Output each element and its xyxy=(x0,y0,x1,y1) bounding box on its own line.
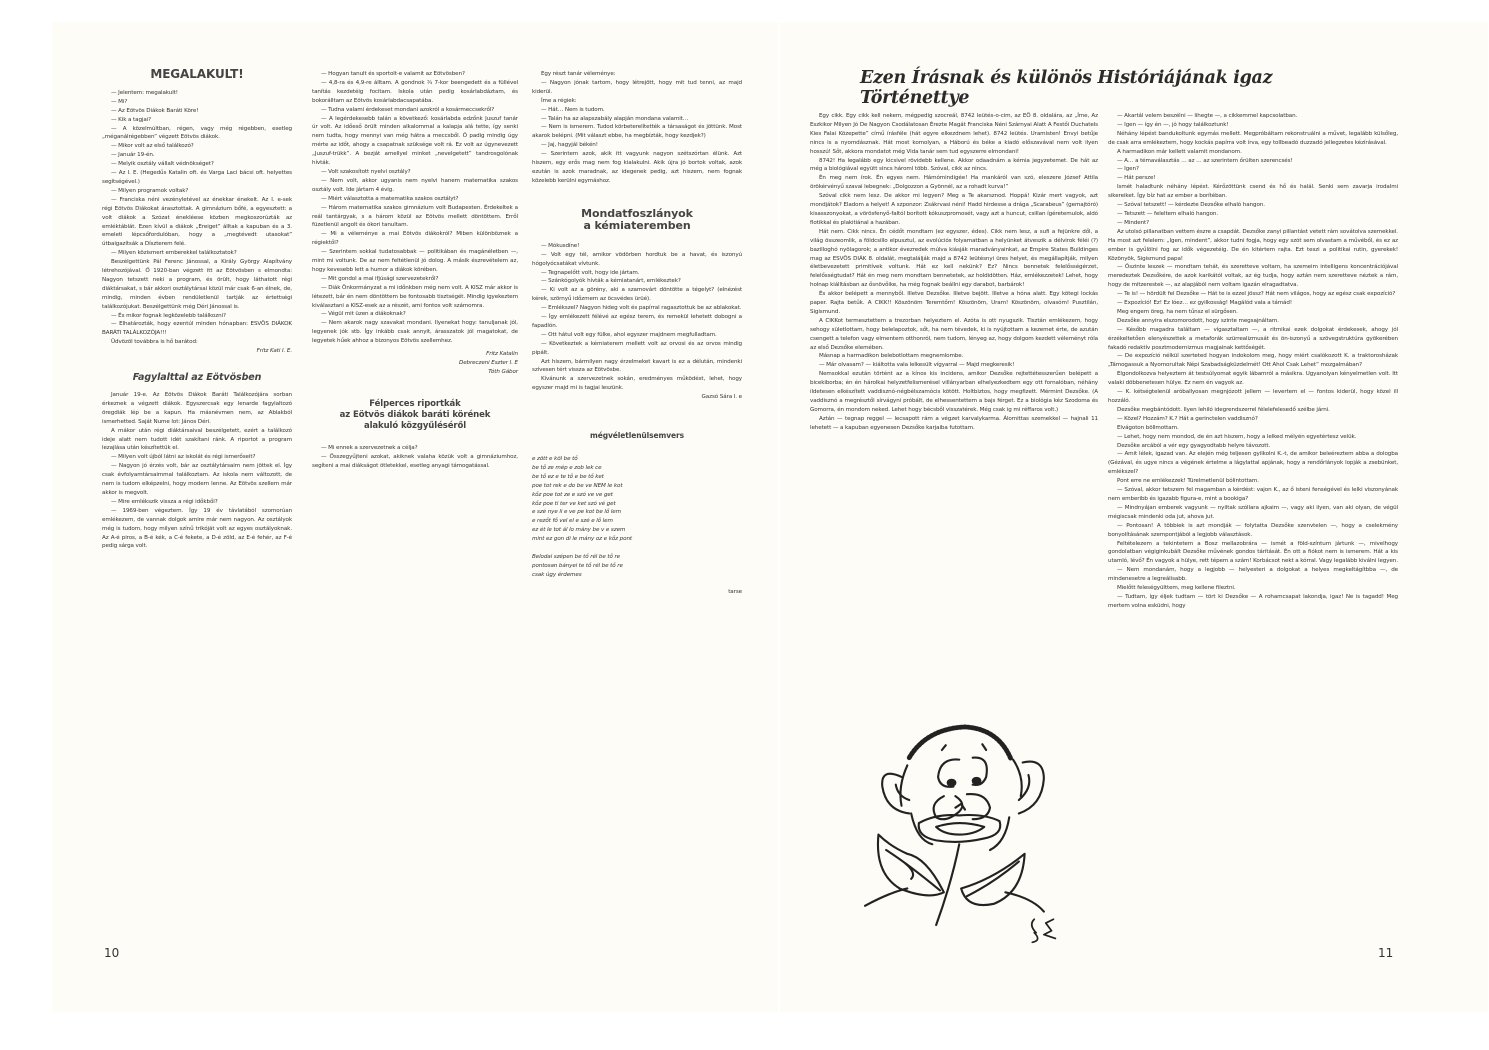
right-column-one: Egy cikk. Egy cikk kell nekem, mégpedig … xyxy=(810,112,1098,433)
paragraph: — Nem is ismerem. Tudod körbeterelítetté… xyxy=(532,123,742,141)
paragraph: — Nem akarok nagy szavakat mondani. Ilye… xyxy=(312,319,518,346)
paragraph: Kívánunk a szervezetnek sokán, eredménye… xyxy=(532,375,742,393)
paragraph: — Szóval tetszett! — kérdezte Dezsőke el… xyxy=(1108,201,1398,210)
paragraph: Nemsokkal ezután történt az a kínos kis … xyxy=(810,370,1098,415)
article-title: Fagylalttal az Eötvösben xyxy=(102,374,292,383)
paragraph: — Ott hátul volt egy fülke, ahol egyszer… xyxy=(532,331,742,340)
title-line: az Eötvös diákok baráti körének xyxy=(312,410,518,421)
paragraph: — Hát… Nem is tudom. xyxy=(532,106,742,115)
paragraph: És akkor belépett a mennyből. Illetve De… xyxy=(810,290,1098,317)
paragraph: pontosan bányei te tő rél be tő re xyxy=(532,562,742,571)
paragraph: — Milyen közismert emberekkel találkozta… xyxy=(102,249,292,258)
paragraph: Szóval cikk nem lesz. De akkor mi legyen… xyxy=(810,192,1098,228)
page-number-left: 10 xyxy=(104,946,119,960)
paragraph: A harmadikon már kellett valamit mondano… xyxy=(1108,148,1398,157)
paragraph: — Következtek a kémiaterem mellett volt … xyxy=(532,340,742,358)
article-title-right: Ezen Írásnak és különös Históriájának ig… xyxy=(860,68,1380,108)
paragraph: Belodai szépen be tő rél be tő re xyxy=(532,553,742,562)
paragraph: — Tudna valami érdekeset mondani azokról… xyxy=(312,106,518,115)
paragraph: — A… a témaválasztás … az … az szerintem… xyxy=(1108,157,1398,166)
paragraph: — Szerintem sokkal tudatosabbak — politi… xyxy=(312,248,518,275)
interview-column: — Hogyan tanult és sportolt-e valamit az… xyxy=(312,70,518,471)
page-number-right: 11 xyxy=(1378,946,1393,960)
paragraph: — Három matematika szakos gimnázium volt… xyxy=(312,204,518,231)
paragraph: Meg engem öreg, ha nem tűnsz el sürgősen… xyxy=(1108,308,1398,317)
paragraph: — Expozíció! Ez! Ez lóez… ez gyilkosság!… xyxy=(1108,299,1398,308)
cartoon-man-with-flower xyxy=(840,700,1090,950)
title-line: alakuló közgyűléséről xyxy=(312,421,518,432)
article-body: — Akartál velem beszélni — lihegte —, a … xyxy=(1108,112,1398,611)
paragraph: — Mit gondol a mai ifjúsági szervezetekr… xyxy=(312,275,518,284)
paragraph: kőz poe ti ter ve ket szó vé get xyxy=(532,500,742,509)
title-line: Félperces riportkák xyxy=(312,399,518,410)
paragraph: A mákor után régi diáktársaival beszélge… xyxy=(102,427,292,454)
paragraph: — Szerintem azok, akik itt vagyunk nagyo… xyxy=(532,150,742,186)
paragraph: — Emlékszel? Nagyon hideg volt és papírr… xyxy=(532,304,742,313)
paragraph: Ismét haladtunk néhány lépést. Kérőzöttü… xyxy=(1108,183,1398,201)
paragraph: — A közelmúltban, régen, vagy még régebb… xyxy=(102,125,292,143)
signature-line: Fritz Katalin xyxy=(312,350,518,359)
paragraph: — Franciska néni vezényletével az énekka… xyxy=(102,196,292,249)
paragraph: — Nem volt, akkor ugyanis nem nyelvi han… xyxy=(312,177,518,195)
paragraph: — Volt egy tél, amikor vödörben hordtuk … xyxy=(532,251,742,269)
paragraph: — Melyik osztály vállalt védnökséget? xyxy=(102,160,292,169)
paragraph: — Mi a véleménye a mai Eötvös diákokról?… xyxy=(312,230,518,248)
article-body: — Mi ennek a szervezetnek a célja?— Össz… xyxy=(312,444,518,471)
paragraph: poe tot rek e do be ve NEM le kot xyxy=(532,482,742,491)
paragraph: — Mókusdíne! xyxy=(532,242,742,251)
paragraph: kőz poe tot ze e szó ve ve get xyxy=(532,491,742,500)
signature-line: Tóth Gábor xyxy=(312,368,518,377)
article-body: Egy cikk. Egy cikk kell nekem, mégpedig … xyxy=(810,112,1098,433)
title-line: Mondatfoszlányok xyxy=(532,208,742,220)
paragraph: — Mi? xyxy=(102,98,292,107)
paragraph: — Mindent? xyxy=(1108,219,1398,228)
paragraph: — Nagyon jónak tartom, hogy létrejött, h… xyxy=(532,79,742,97)
article-megalakult: MEGALAKULT! — Jelentem: megalakult!— Mi?… xyxy=(102,70,292,551)
paragraph: — 1969-ben végeztem. Így 19 év távlatábó… xyxy=(102,507,292,552)
signature-line: Debreczeni Eszter I. E xyxy=(312,359,518,368)
paragraph: Pont erre ne emlékezzek! Türelmetlenül b… xyxy=(1108,477,1398,486)
paragraph: Azt hiszem, bármilyen nagy érzelmeket ka… xyxy=(532,358,742,376)
paragraph: — Tetszett — feleltem elhaló hangon. xyxy=(1108,210,1398,219)
paragraph: — De expozíció nélkül szerteted hogyan i… xyxy=(1108,352,1398,370)
paragraph: — Tegnapelőtt volt, hogy ide jártam. xyxy=(532,269,742,278)
title-line: a kémiateremben xyxy=(532,220,742,232)
article-title: Mondatfoszlányok a kémiateremben xyxy=(532,208,742,232)
interview-signatures: Fritz Katalin Debreczeni Eszter I. E Tót… xyxy=(312,350,518,377)
paragraph: Íme a régiek: xyxy=(532,97,742,106)
paragraph: Elvágoton böllmottam. xyxy=(1108,424,1398,433)
paragraph: Üdvözöl továbbra is hő barátod: xyxy=(102,338,292,347)
paragraph: — Az Eötvös Diákok Baráti Köre! xyxy=(102,107,292,116)
paragraph: e zött e köl be tő xyxy=(532,455,742,464)
paragraph: — Hát persze! xyxy=(1108,174,1398,183)
paragraph: csak úgy érdemes xyxy=(532,571,742,580)
paragraph: e szé nye li e ve pe kot be lő lem xyxy=(532,508,742,517)
paragraph: — Tudtam, így éljek tudtam — tört ki Dez… xyxy=(1108,593,1398,611)
paragraph: — Talán ha az alapszabály alapján mondan… xyxy=(532,115,742,124)
paragraph: be tő ze mép e zob lek ce xyxy=(532,464,742,473)
paragraph: be tő ez e te tő e be tő ket xyxy=(532,473,742,482)
paragraph: Az utolsó pillanatban vettem észre a csa… xyxy=(1108,228,1398,264)
paragraph: Én meg nem írok. Én egyes nem. Hámómindi… xyxy=(810,174,1098,192)
paragraph: — Ki volt az a görény, aki a szamovárt d… xyxy=(532,286,742,304)
paragraph: — Később magadra találtam — vígasztaltam… xyxy=(1108,326,1398,353)
paragraph: Dezsőke megbántódott. Ilyen lehiló idegr… xyxy=(1108,406,1398,415)
paragraph: — Jelentem: megalakult! xyxy=(102,89,292,98)
paragraph: — Őszinte leszek — mondtam tehát, és sze… xyxy=(1108,263,1398,290)
paragraph: Aztán — tegnap reggel — lecsapott rám a … xyxy=(810,415,1098,433)
paragraph: Egy cikk. Egy cikk kell nekem, mégpedig … xyxy=(810,112,1098,157)
paragraph: — 4,8-ra és 4,9-re álltam. A gondnok ¾ 7… xyxy=(312,79,518,106)
paragraph: — Szóval, akkor tetszem fel magamban a k… xyxy=(1108,486,1398,504)
interview-body: — Hogyan tanult és sportolt-e valamit az… xyxy=(312,70,518,346)
paragraph: — Január 19-én. xyxy=(102,151,292,160)
paragraph: — Már olvasam? — kiáltotta vala lelkesül… xyxy=(810,361,1098,370)
article-body: — Jelentem: megalakult!— Mi?— Az Eötvös … xyxy=(102,89,292,347)
column-three: Egy részt tanár véleménye:— Nagyon jónak… xyxy=(532,70,742,597)
opinions-body: Egy részt tanár véleménye:— Nagyon jónak… xyxy=(532,70,742,186)
article-body: — Mókusdíne!— Volt egy tél, amikor vödör… xyxy=(532,242,742,393)
paragraph: — Elhatározták, hogy ezentúl minden hóna… xyxy=(102,320,292,338)
paragraph: — Végül mit üzen a diákoknak? xyxy=(312,310,518,319)
paragraph: e rezőt fő vel el e szé e lő lem xyxy=(532,517,742,526)
paragraph: — Amit lélek, igazad van. Az elején még … xyxy=(1108,450,1398,477)
paragraph: 8742! Ha legalább egy kicsivel rövidebb … xyxy=(810,157,1098,175)
paragraph: Dezsőke annyira elszomorodott, hogy szin… xyxy=(1108,317,1398,326)
poem-body: Belodai szépen be tő rél be tő repontosa… xyxy=(532,553,742,580)
paragraph: — Mindnyájan emberek vagyunk — nyiltak s… xyxy=(1108,504,1398,522)
paragraph: — Akartál velem beszélni — lihegte —, a … xyxy=(1108,112,1398,121)
article-signature: Fritz Kati I. E. xyxy=(102,347,292,356)
paragraph: — Mikor volt az első találkozó? xyxy=(102,142,292,151)
paragraph: — Te is! — hördült fel Dezsőke — Hát te … xyxy=(1108,290,1398,299)
paragraph: Hát nem. Cikk nincs. Én cédőt mondtam (e… xyxy=(810,228,1098,290)
paragraph: — K. kétségtelenül aróballyosan megnjózo… xyxy=(1108,388,1398,406)
paragraph: Január 19-e. Az Eötvös Diákok Baráti Tal… xyxy=(102,391,292,427)
paragraph: — Igen? xyxy=(1108,165,1398,174)
right-column-two: — Akartál velem beszélni — lihegte —, a … xyxy=(1108,112,1398,611)
paragraph: — Pontosan! A többiek is azt mondják — f… xyxy=(1108,522,1398,540)
paragraph: — Az I. E. (Hegedűs Katalin oft. és Varg… xyxy=(102,169,292,187)
paragraph: Mielőtt feleségyülttem, meg kellene file… xyxy=(1108,584,1398,593)
paragraph: — Milyen programok voltak? xyxy=(102,187,292,196)
poem-title: mégvéletlenülsemvers xyxy=(532,432,742,441)
paragraph: — Közel? Hozzám? K.? Hát a gerinctelen v… xyxy=(1108,415,1398,424)
paragraph: Néhány lépést bandukoltunk egymás mellet… xyxy=(1108,130,1398,148)
paragraph: — Összegyűjteni azokat, akiknek valaha k… xyxy=(312,453,518,471)
paragraph: Beszélgettünk Pál Ferenc Jánossal, a Kir… xyxy=(102,258,292,311)
paragraph: — Szánkógolyók hívták a kémiatanárt, eml… xyxy=(532,277,742,286)
paragraph: — Így emlékezett félévé az egész terem, … xyxy=(532,313,742,331)
paragraph: — A legérdekesebb talán a következő: kos… xyxy=(312,115,518,168)
paragraph: — Hogyan tanult és sportolt-e valamit az… xyxy=(312,70,518,79)
paragraph: — Volt szakosított nyelvi osztály? xyxy=(312,168,518,177)
article-title: MEGALAKULT! xyxy=(102,70,292,79)
article-body: Január 19-e. Az Eötvös Diákok Baráti Tal… xyxy=(102,391,292,551)
paragraph: — Lehet, hogy nem mondod, de én azt hisz… xyxy=(1108,433,1398,442)
paragraph: — Nem mondanám, hogy a legjobb — helyest… xyxy=(1108,566,1398,584)
paragraph: A CIKKot termesztettem a trezorban helye… xyxy=(810,317,1098,353)
paragraph: — Kik a tagjai? xyxy=(102,116,292,125)
paragraph: mint ez gon di le mány oz e kőz pont xyxy=(532,535,742,544)
paragraph: ez ét le tot ál lo mány be v e szem xyxy=(532,526,742,535)
poem-signature: tarse xyxy=(532,588,742,597)
paragraph: — Nagyon jó érzés volt, bár az osztálytá… xyxy=(102,462,292,498)
article-signature: Gazsó Sára I. e xyxy=(532,393,742,402)
paragraph: — Mire emlékszik vissza a régi időkből? xyxy=(102,498,292,507)
paragraph: — És mikor fognak legközelebb találkozni… xyxy=(102,312,292,321)
poem-body: e zött e köl be tőbe tő ze mép e zob lek… xyxy=(532,455,742,544)
paragraph: Egy részt tanár véleménye: xyxy=(532,70,742,79)
paragraph: — Diák Önkormányzat a mi időnkben még ne… xyxy=(312,284,518,311)
paragraph: Másnap a harmadikon belebotlottam megnem… xyxy=(810,352,1098,361)
paragraph: Elgondolkozva helyeztem át testsúlyomat … xyxy=(1108,370,1398,388)
paragraph: — Milyen volt újból látni az iskolát és … xyxy=(102,453,292,462)
paragraph: Feltételezem a tekintetem a Bosz mellazo… xyxy=(1108,540,1398,567)
paragraph: — Igen — így én —, jó hogy találkoztunk! xyxy=(1108,121,1398,130)
article-title: Félperces riportkák az Eötvös diákok bar… xyxy=(312,399,518,432)
paragraph: Dezsőke arcából a vér egy gyagyodtabb he… xyxy=(1108,442,1398,451)
paragraph: — Jaj, hagyjál békén! xyxy=(532,141,742,150)
paragraph: — Mi ennek a szervezetnek a célja? xyxy=(312,444,518,453)
paragraph: — Miért választotta a matematika szakos … xyxy=(312,195,518,204)
